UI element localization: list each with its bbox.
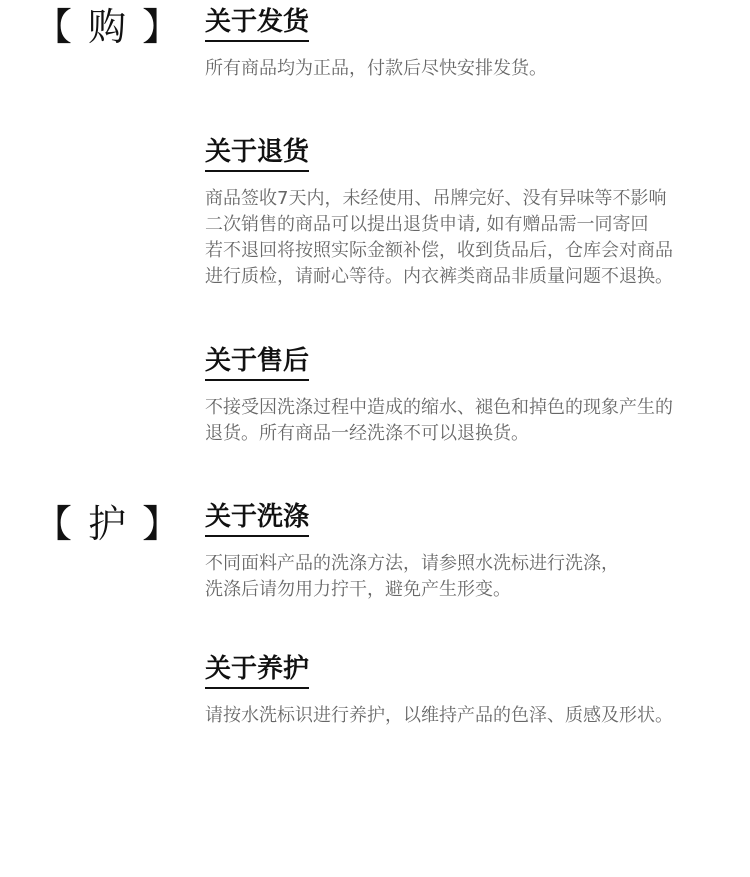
item-body: 不接受因洗涤过程中造成的缩水、褪色和掉色的现象产生的 退货。所有商品一经洗涤不可… (205, 395, 725, 447)
info-item-maintenance: 关于养护 请按水洗标识进行养护，以维持产品的色泽、质感及形状。 (205, 655, 725, 729)
item-title: 关于养护 (205, 655, 309, 689)
info-item-washing: 关于洗涤 不同面料产品的洗涤方法，请参照水洗标进行洗涤， 洗涤后请勿用力拧干，避… (205, 503, 725, 603)
item-body: 所有商品均为正品，付款后尽快安排发货。 (205, 56, 725, 82)
item-title: 关于售后 (205, 347, 309, 381)
section-label-care: 【 护 】 (34, 505, 182, 543)
info-item-after-sales: 关于售后 不接受因洗涤过程中造成的缩水、褪色和掉色的现象产生的 退货。所有商品一… (205, 347, 725, 447)
item-body: 请按水洗标识进行养护，以维持产品的色泽、质感及形状。 (205, 703, 725, 729)
item-body: 商品签收7天内，未经使用、吊牌完好、没有异味等不影响 二次销售的商品可以提出退货… (205, 186, 725, 290)
section-label-purchase: 【 购 】 (34, 8, 182, 46)
item-body: 不同面料产品的洗涤方法，请参照水洗标进行洗涤， 洗涤后请勿用力拧干，避免产生形变… (205, 551, 725, 603)
info-item-shipping: 关于发货 所有商品均为正品，付款后尽快安排发货。 (205, 8, 725, 82)
info-item-returns: 关于退货 商品签收7天内，未经使用、吊牌完好、没有异味等不影响 二次销售的商品可… (205, 138, 725, 290)
item-title: 关于发货 (205, 8, 309, 42)
item-title: 关于退货 (205, 138, 309, 172)
item-title: 关于洗涤 (205, 503, 309, 537)
